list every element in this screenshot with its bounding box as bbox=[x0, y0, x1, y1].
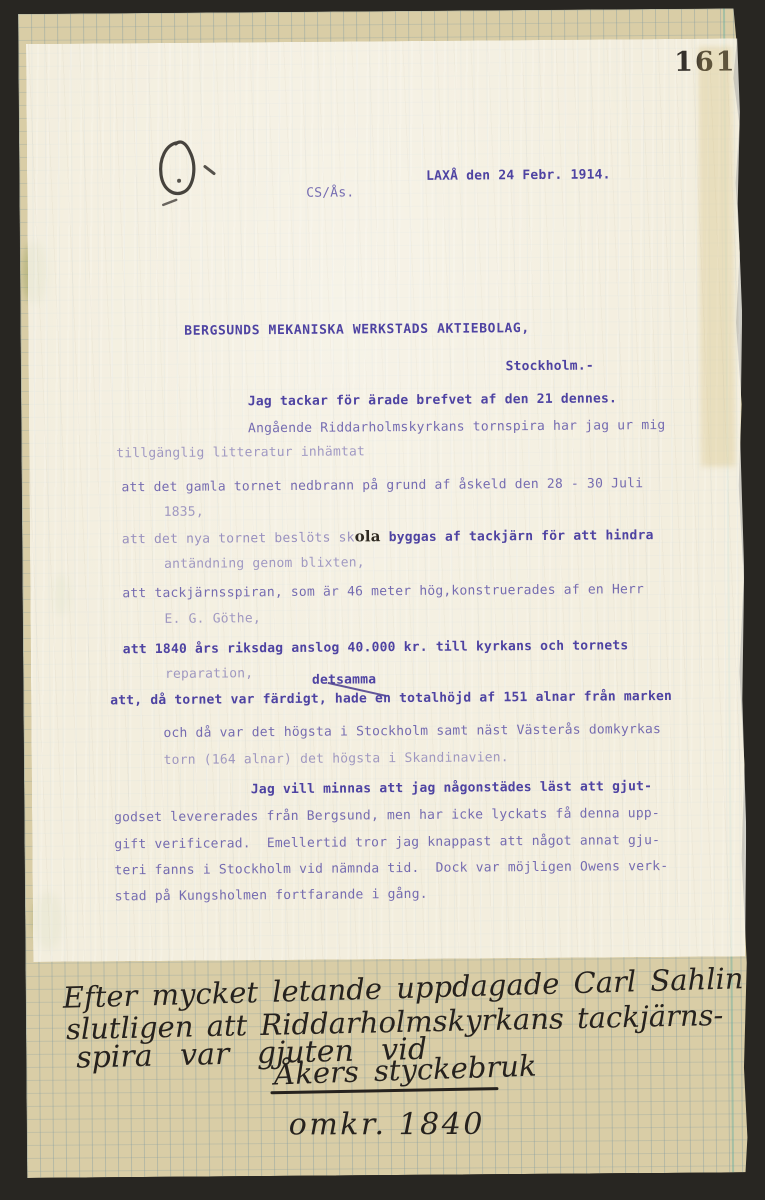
typed-letter-page: 161 CS/Ås. LAXÅ den 24 Febr. 1914. BERGS… bbox=[26, 38, 747, 962]
handwritten-line: omkr. 1840 bbox=[289, 1107, 485, 1143]
circle-annotation-mark bbox=[145, 134, 230, 213]
ink-correction: ola bbox=[355, 527, 381, 545]
scanned-document-photo: Efter mycket letande uppdagade Carl Sahl… bbox=[0, 0, 765, 1200]
typed-line: E. G. Göthe, bbox=[164, 611, 260, 627]
typed-segment: byggas af tackjärn för att hindra bbox=[381, 528, 654, 545]
typed-line: Angående Riddarholmskyrkans tornspira ha… bbox=[248, 418, 665, 436]
typed-line: gift verificerad. Emellertid tror jag kn… bbox=[114, 833, 660, 852]
typed-line: att tackjärnsspiran, som är 46 meter hög… bbox=[122, 582, 644, 601]
page-number: 161 bbox=[674, 46, 737, 77]
typed-line: teri fanns i Stockholm vid nämnda tid. D… bbox=[114, 859, 668, 878]
typed-line: torn (164 alnar) det högsta i Skandinavi… bbox=[164, 750, 509, 768]
typed-line: antändning genom blixten, bbox=[164, 555, 365, 572]
recipient-city: Stockholm.- bbox=[505, 359, 593, 375]
typed-line: 1835, bbox=[164, 505, 204, 520]
tape-stain bbox=[698, 46, 735, 466]
typed-line: att 1840 års riksdag anslog 40.000 kr. t… bbox=[123, 638, 629, 657]
typist-reference: CS/Ås. bbox=[306, 185, 354, 200]
typed-segment: att det nya tornet beslöts sk bbox=[122, 530, 355, 547]
typed-line: reparation, bbox=[165, 666, 253, 682]
recipient: BERGSUNDS MEKANISKA WERKSTADS AKTIEBOLAG… bbox=[184, 321, 530, 339]
dateline: LAXÅ den 24 Febr. 1914. bbox=[426, 167, 611, 183]
typed-line: att det gamla tornet nedbrann på grund a… bbox=[121, 476, 643, 495]
typed-line: tillgänglig litteratur inhämtat bbox=[116, 444, 365, 461]
typed-line: Jag tackar för ärade brefvet af den 21 d… bbox=[248, 391, 617, 409]
typed-line: Jag vill minnas att jag någonstädes läst… bbox=[251, 779, 652, 797]
typed-line: att, då tornet var färdigt, hade en tota… bbox=[110, 689, 672, 708]
typed-line: och då var det högsta i Stockholm samt n… bbox=[163, 722, 661, 741]
typed-line: stad på Kungsholmen fortfarande i gång. bbox=[115, 887, 428, 904]
typed-line: godset levererades från Bergsund, men ha… bbox=[114, 806, 660, 825]
typed-line-with-ink-correction: att det nya tornet beslöts skola byggas … bbox=[122, 527, 654, 547]
